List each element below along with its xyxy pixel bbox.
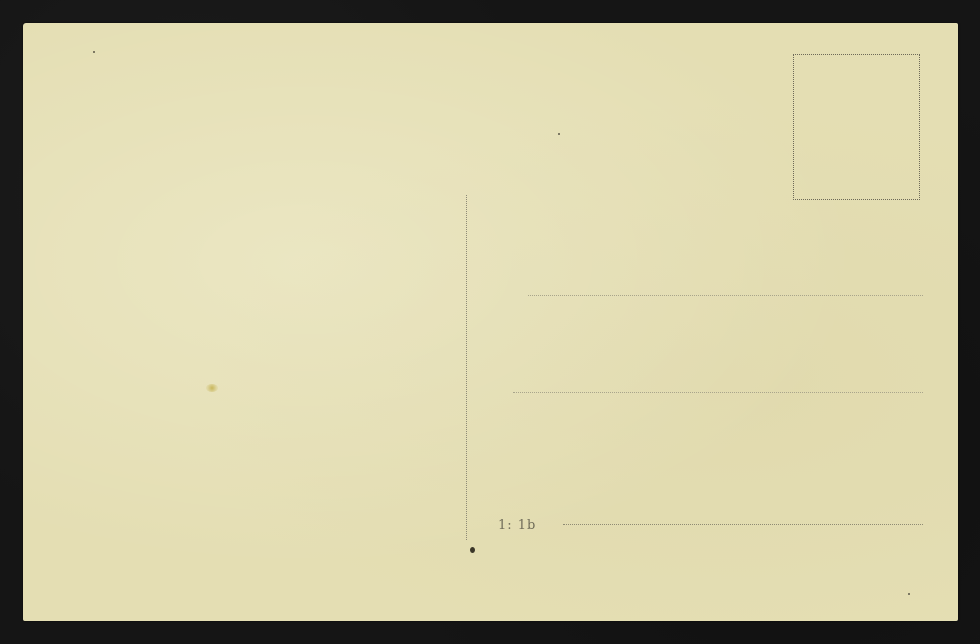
ink-dot (470, 547, 475, 553)
address-line-1 (528, 295, 923, 296)
address-line-3 (563, 524, 923, 525)
center-divider-line (466, 195, 467, 540)
paper-speck (558, 133, 560, 135)
stamp-placement-box (793, 54, 920, 200)
paper-speck (93, 51, 95, 53)
printer-mark: 1: 1b (498, 518, 536, 533)
postcard-back: 1: 1b (23, 23, 958, 621)
paper-speck (908, 593, 910, 595)
address-line-2 (513, 392, 923, 393)
paper-stain (206, 384, 218, 392)
